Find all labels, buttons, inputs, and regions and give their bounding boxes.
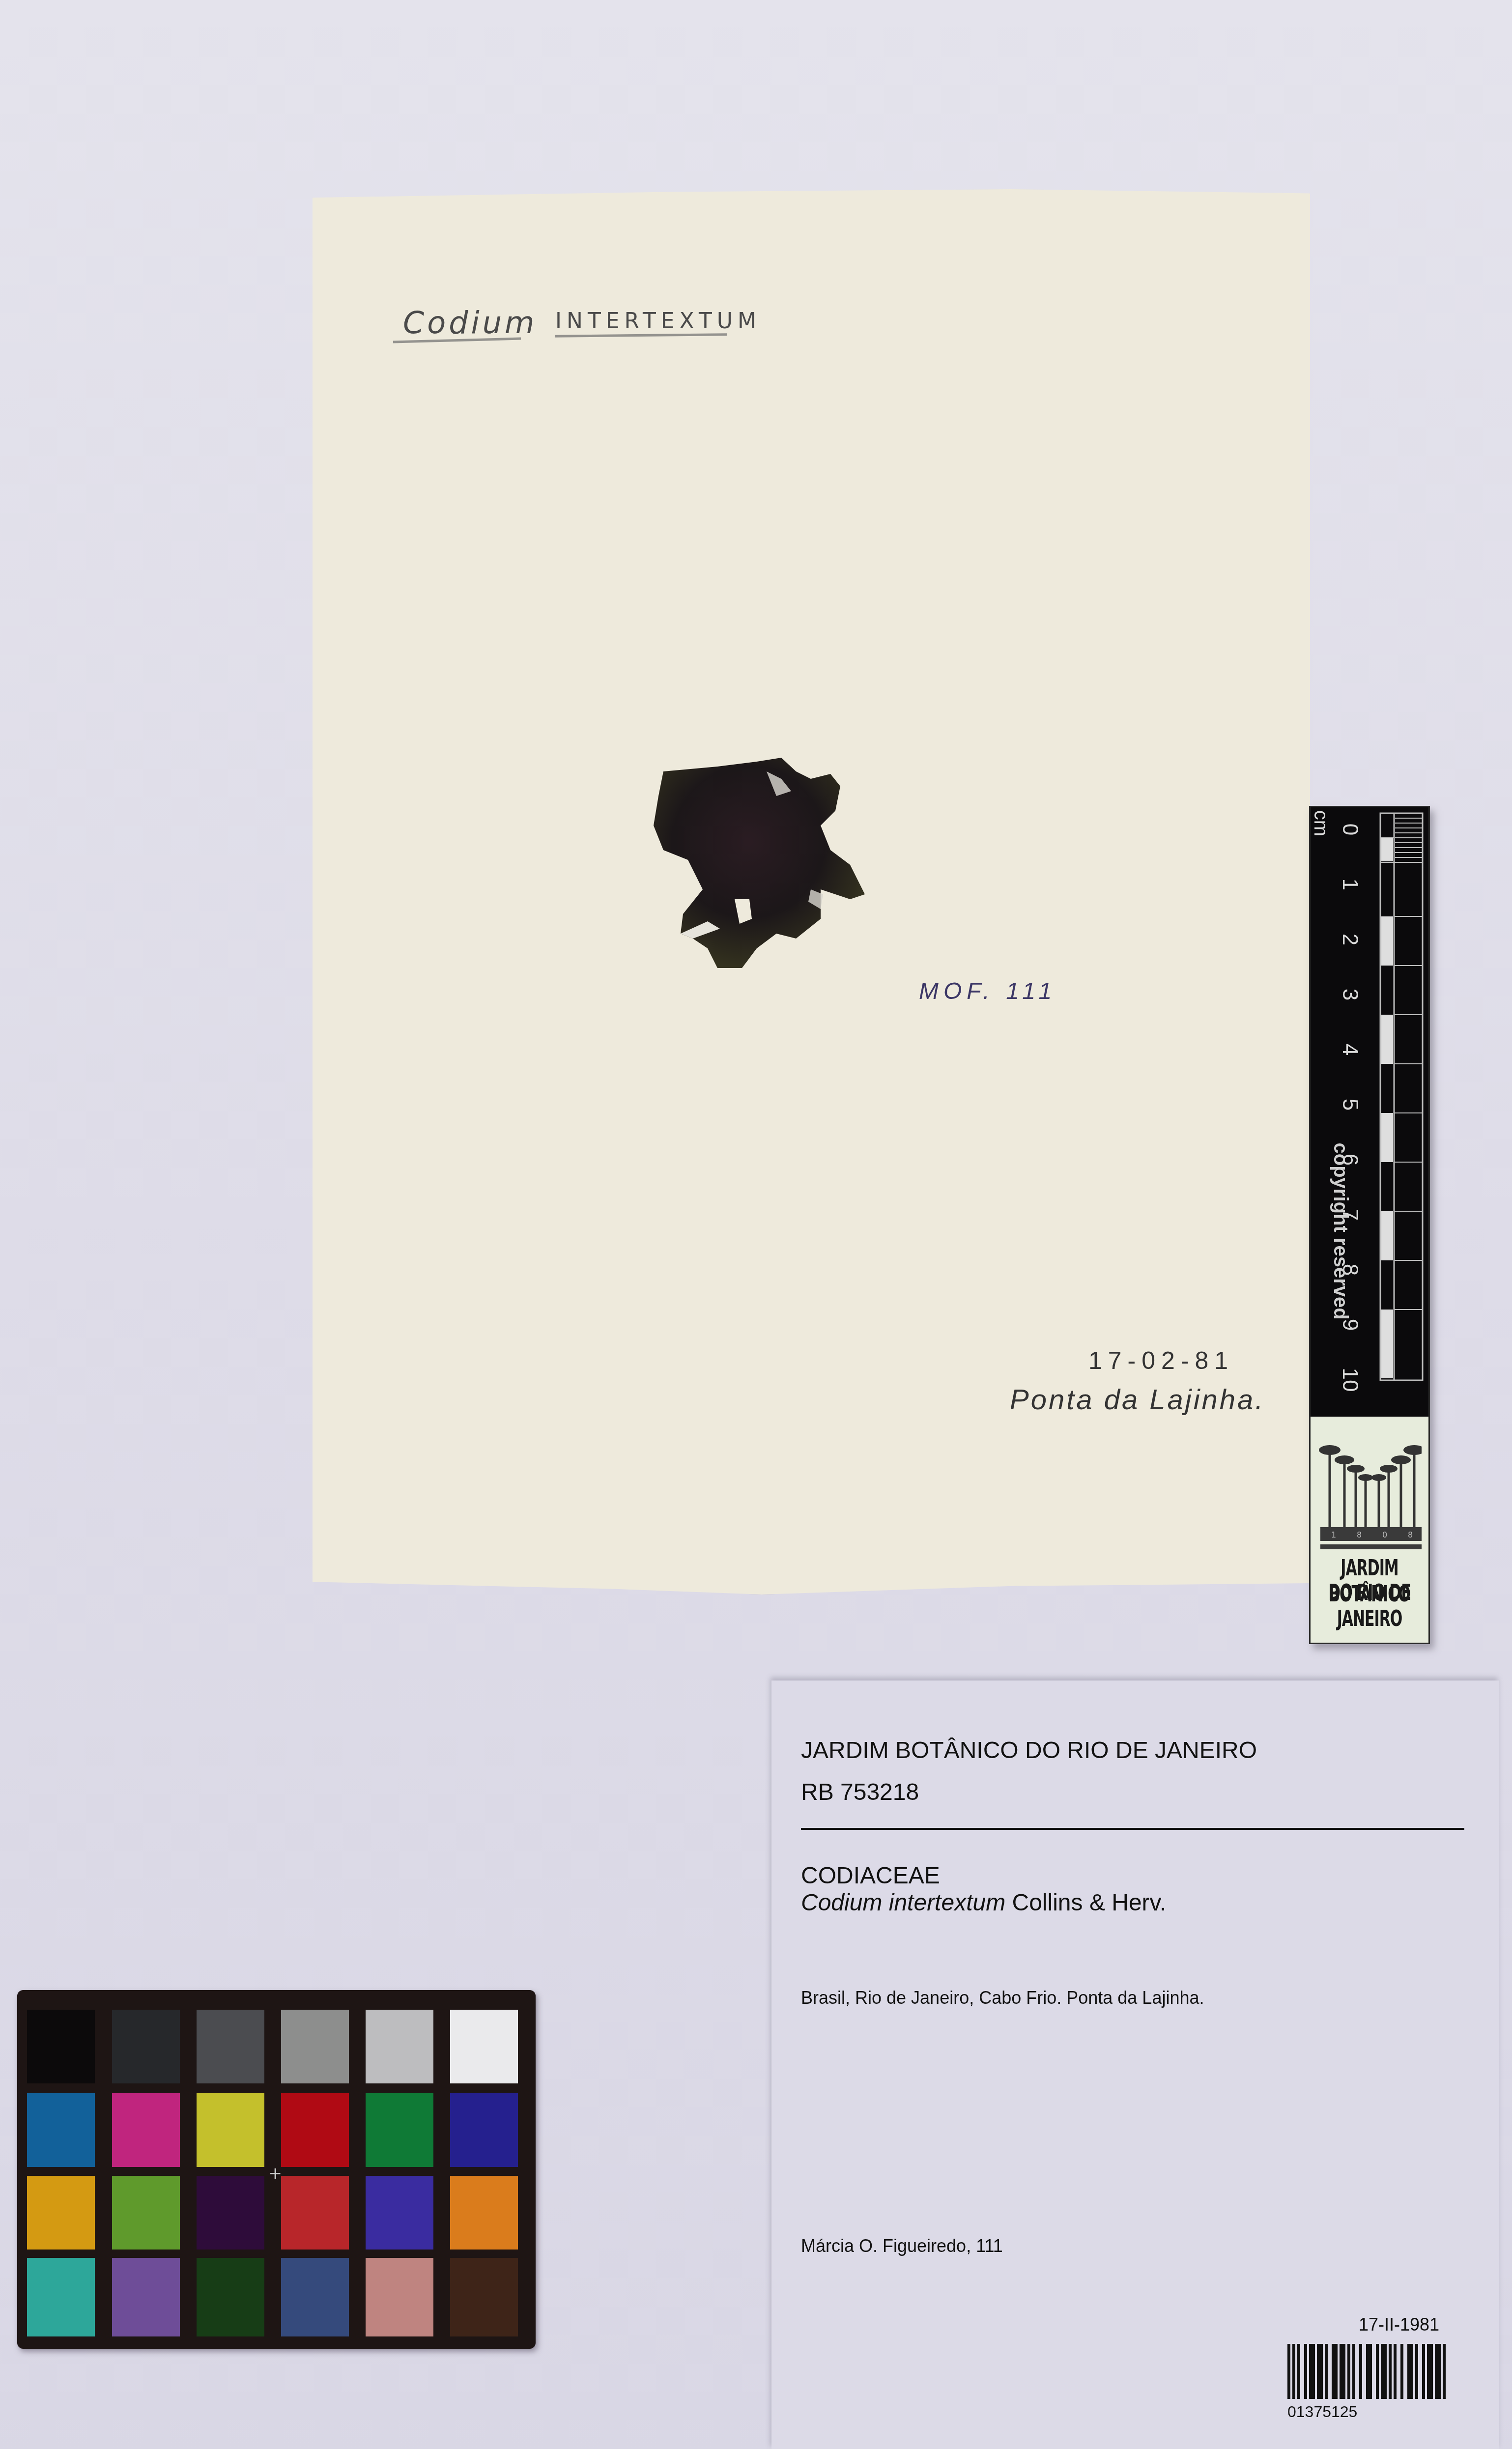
handwritten-date: 17-02-81 xyxy=(1088,1346,1234,1375)
logo-line2: DO RIO DE JANEIRO xyxy=(1317,1580,1422,1632)
scale-bar: cm 0 1 2 3 4 5 6 7 8 9 10 copyright rese… xyxy=(1309,806,1430,1644)
barcode-number: 01375125 xyxy=(1287,2403,1357,2421)
species-name: Codium intertextum Collins & Herv. xyxy=(801,1889,1166,1916)
collector: Márcia O. Figueiredo, 111 xyxy=(801,2236,1003,2256)
handwritten-locality: Ponta da Lajinha. xyxy=(1010,1383,1265,1416)
tick-10: 10 xyxy=(1338,1360,1362,1399)
color-patch xyxy=(366,2010,433,2083)
color-patch xyxy=(27,2010,95,2083)
species-authority: Collins & Herv. xyxy=(1005,1890,1166,1916)
species-italic: Codium intertextum xyxy=(801,1890,1005,1916)
scale-unit: cm xyxy=(1310,810,1332,836)
color-patch xyxy=(366,2176,433,2250)
color-patch xyxy=(281,2093,349,2167)
copyright-text: copyright reserved xyxy=(1329,1143,1351,1349)
color-patch xyxy=(281,2176,349,2250)
color-patch xyxy=(27,2093,95,2167)
color-patch xyxy=(281,2010,349,2083)
collector-code-handwritten: MOF. 111 xyxy=(919,978,1056,1005)
collection-date: 17-II-1981 xyxy=(1359,2314,1439,2335)
tick-3: 3 xyxy=(1338,975,1362,1014)
algae-specimen xyxy=(634,752,865,973)
handwritten-genus: Codium xyxy=(403,305,538,341)
crosshair-icon: + xyxy=(269,2162,282,2186)
color-patch xyxy=(197,2010,264,2083)
tick-1: 1 xyxy=(1338,865,1362,904)
tick-4: 4 xyxy=(1338,1030,1362,1069)
jbrj-logo: 1 8 0 8 JARDIM BOTÂNICO DO RIO DE JANEIR… xyxy=(1311,1417,1428,1643)
svg-text:8: 8 xyxy=(1408,1530,1413,1539)
locality: Brasil, Rio de Janeiro, Cabo Frio. Ponta… xyxy=(801,1988,1204,2008)
svg-text:0: 0 xyxy=(1382,1530,1387,1539)
svg-text:8: 8 xyxy=(1357,1530,1362,1539)
color-patch xyxy=(27,2176,95,2250)
color-patch xyxy=(112,2176,180,2250)
label-divider xyxy=(801,1828,1464,1830)
tick-5: 5 xyxy=(1338,1085,1362,1124)
palm-trees-icon: 1 8 0 8 xyxy=(1317,1441,1422,1554)
color-patch xyxy=(366,2093,433,2167)
barcode xyxy=(1287,2344,1446,2399)
tick-0: 0 xyxy=(1338,810,1362,849)
tick-2: 2 xyxy=(1338,920,1362,959)
color-patch xyxy=(112,2010,180,2083)
color-patch xyxy=(450,2010,518,2083)
specimen-label: JARDIM BOTÂNICO DO RIO DE JANEIRO RB 753… xyxy=(771,1680,1499,2449)
color-patch xyxy=(197,2093,264,2167)
svg-text:1: 1 xyxy=(1331,1530,1336,1539)
institution-name: JARDIM BOTÂNICO DO RIO DE JANEIRO xyxy=(801,1737,1257,1764)
handwritten-epithet: INTERTEXTUM xyxy=(555,309,761,334)
color-patch xyxy=(197,2176,264,2250)
family-name: CODIACEAE xyxy=(801,1862,940,1889)
color-patch xyxy=(450,2093,518,2167)
accession-number: RB 753218 xyxy=(801,1779,919,1806)
color-patch xyxy=(450,2176,518,2250)
color-patch xyxy=(112,2093,180,2167)
scale-grid xyxy=(1379,812,1424,1382)
